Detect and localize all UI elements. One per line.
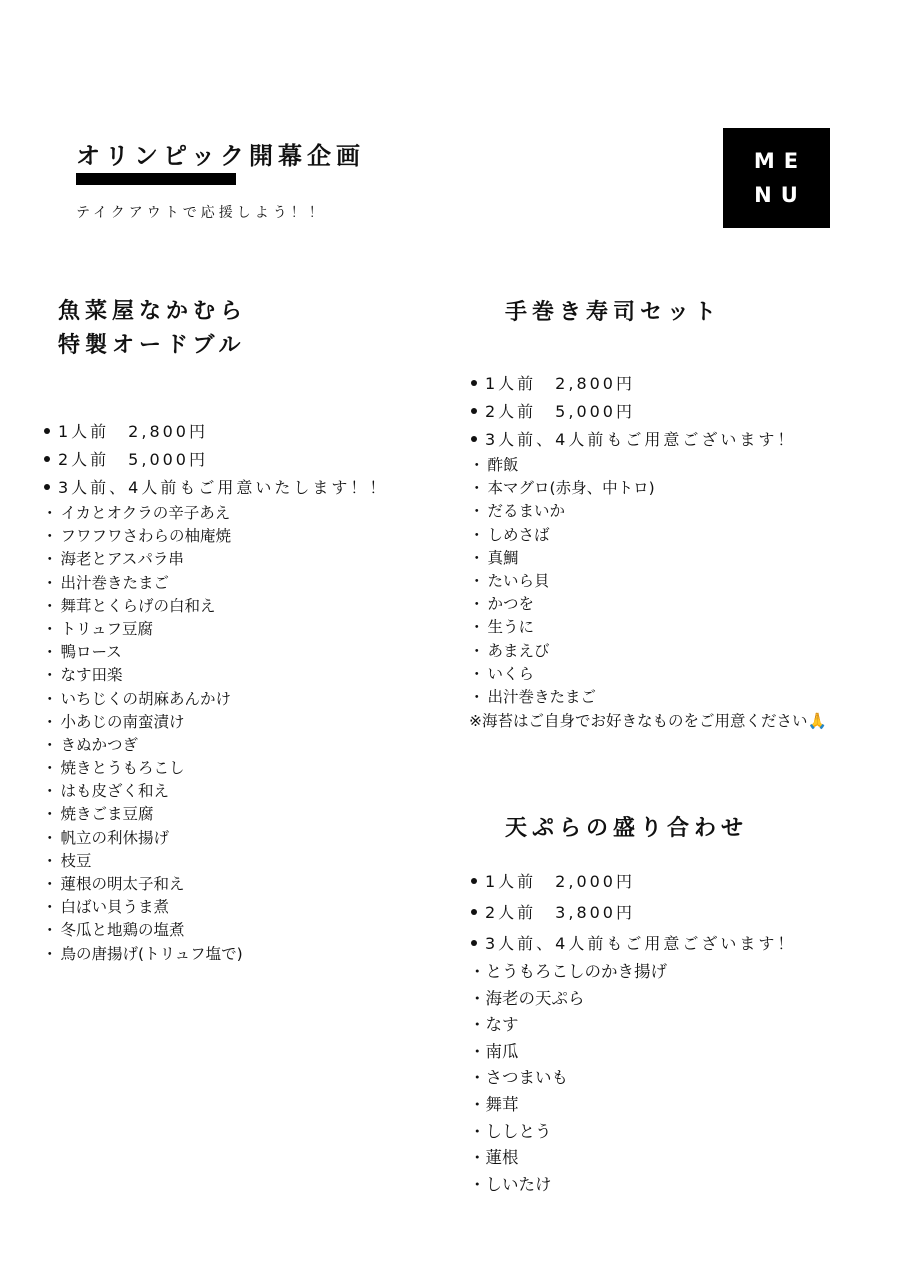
- bullet-dot-icon: [471, 408, 477, 414]
- bullet-icon: ・: [42, 713, 58, 731]
- temaki-title: 手巻き寿司セット: [505, 296, 721, 330]
- list-item: ・真鯛: [469, 547, 827, 570]
- list-item: ・だるまいか: [469, 500, 827, 523]
- bullet-icon: ・: [469, 1175, 486, 1194]
- list-item: ・海老とアスパラ串: [42, 548, 243, 571]
- list-item: ・海老の天ぷら: [469, 986, 667, 1013]
- bullet-icon: ・: [42, 504, 58, 522]
- bullet-icon: ・: [42, 921, 58, 939]
- page-title: オリンピック開幕企画: [76, 136, 365, 171]
- page-subtitle: テイクアウトで応援しよう！！: [76, 202, 327, 222]
- bullet-icon: ・: [42, 736, 58, 754]
- temaki-items: ・酢飯 ・本マグロ(赤身、中トロ) ・だるまいか ・しめさば ・真鯛 ・たいら貝…: [469, 454, 827, 733]
- bullet-dot-icon: [471, 436, 477, 442]
- bullet-icon: ・: [42, 805, 58, 823]
- price-text: 1人前 2,800円: [58, 422, 208, 441]
- seaweed-note: ※海苔はご自身でお好きなものをご用意ください🙏: [469, 709, 827, 733]
- bullet-dot-icon: [44, 428, 50, 434]
- bullet-icon: ・: [469, 642, 485, 660]
- list-item: ・しめさば: [469, 524, 827, 547]
- bullet-icon: ・: [469, 618, 485, 636]
- price-text: 2人前 5,000円: [485, 402, 635, 421]
- bullet-icon: ・: [42, 852, 58, 870]
- price-line: 2人前 5,000円: [471, 398, 796, 426]
- list-item: ・焼きとうもろこし: [42, 757, 243, 780]
- bullet-icon: ・: [42, 829, 58, 847]
- bullet-icon: ・: [469, 526, 485, 544]
- price-line: 3人前、4人前もご用意ございます！: [471, 928, 796, 959]
- list-item: ・トリュフ豆腐: [42, 618, 243, 641]
- price-text: 2人前 3,800円: [485, 903, 635, 922]
- hors-doeuvre-prices: 1人前 2,800円 2人前 5,000円 3人前、4人前もご用意いたします！！: [44, 418, 388, 502]
- list-item: ・焼きごま豆腐: [42, 803, 243, 826]
- price-text: 2人前 5,000円: [58, 450, 208, 469]
- price-line: 1人前 2,000円: [471, 866, 796, 897]
- list-item: ・なす: [469, 1012, 667, 1039]
- bullet-icon: ・: [469, 572, 485, 590]
- price-text: 1人前 2,800円: [485, 374, 635, 393]
- list-item: ・なす田楽: [42, 664, 243, 687]
- list-item: ・鴨ロース: [42, 641, 243, 664]
- bullet-icon: ・: [42, 550, 58, 568]
- menu-badge-line-1: ME: [754, 144, 807, 178]
- bullet-icon: ・: [469, 962, 486, 981]
- bullet-icon: ・: [42, 597, 58, 615]
- title-underline-bar: [76, 173, 236, 185]
- bullet-dot-icon: [44, 484, 50, 490]
- bullet-icon: ・: [42, 782, 58, 800]
- bullet-icon: ・: [469, 549, 485, 567]
- bullet-icon: ・: [42, 759, 58, 777]
- bullet-icon: ・: [469, 456, 485, 474]
- price-text: 3人前、4人前もご用意ございます！: [485, 934, 796, 953]
- price-line: 2人前 3,800円: [471, 897, 796, 928]
- tempura-prices: 1人前 2,000円 2人前 3,800円 3人前、4人前もご用意ございます！: [471, 866, 796, 959]
- list-item: ・舞茸とくらげの白和え: [42, 595, 243, 618]
- list-item: ・出汁巻きたまご: [469, 686, 827, 709]
- bullet-icon: ・: [469, 688, 485, 706]
- bullet-icon: ・: [469, 1095, 486, 1114]
- tempura-title: 天ぷらの盛り合わせ: [505, 812, 748, 846]
- bullet-dot-icon: [471, 878, 477, 884]
- bullet-dot-icon: [44, 456, 50, 462]
- list-item: ・生うに: [469, 616, 827, 639]
- menu-badge: ME NU: [723, 128, 830, 228]
- list-item: ・イカとオクラの辛子あえ: [42, 502, 243, 525]
- list-item: ・はも皮ざく和え: [42, 780, 243, 803]
- praying-hands-icon: 🙏: [808, 712, 827, 730]
- bullet-icon: ・: [469, 1015, 486, 1034]
- list-item: ・南瓜: [469, 1039, 667, 1066]
- bullet-icon: ・: [469, 479, 485, 497]
- list-item: ・蓮根の明太子和え: [42, 873, 243, 896]
- list-item: ・さつまいも: [469, 1065, 667, 1092]
- hors-doeuvre-title-line-1: 魚菜屋なかむら: [58, 295, 247, 329]
- list-item: ・かつを: [469, 593, 827, 616]
- price-line: 1人前 2,800円: [471, 370, 796, 398]
- bullet-dot-icon: [471, 909, 477, 915]
- bullet-icon: ・: [42, 620, 58, 638]
- bullet-icon: ・: [42, 690, 58, 708]
- list-item: ・たいら貝: [469, 570, 827, 593]
- list-item: ・フワフワさわらの柚庵焼: [42, 525, 243, 548]
- list-item: ・小あじの南蛮漬け: [42, 711, 243, 734]
- list-item: ・きぬかつぎ: [42, 734, 243, 757]
- bullet-icon: ・: [42, 666, 58, 684]
- list-item: ・しいたけ: [469, 1172, 667, 1199]
- bullet-icon: ・: [469, 1042, 486, 1061]
- list-item: ・出汁巻きたまご: [42, 572, 243, 595]
- bullet-icon: ・: [42, 945, 58, 963]
- list-item: ・酢飯: [469, 454, 827, 477]
- list-item: ・枝豆: [42, 850, 243, 873]
- menu-badge-line-2: NU: [754, 178, 807, 212]
- list-item: ・本マグロ(赤身、中トロ): [469, 477, 827, 500]
- bullet-icon: ・: [42, 875, 58, 893]
- list-item: ・あまえび: [469, 640, 827, 663]
- bullet-icon: ・: [42, 898, 58, 916]
- bullet-icon: ・: [42, 643, 58, 661]
- price-line: 1人前 2,800円: [44, 418, 388, 446]
- bullet-icon: ・: [469, 502, 485, 520]
- hors-doeuvre-title-line-2: 特製オードブル: [58, 329, 247, 363]
- list-item: ・いくら: [469, 663, 827, 686]
- list-item: ・舞茸: [469, 1092, 667, 1119]
- hors-doeuvre-items: ・イカとオクラの辛子あえ ・フワフワさわらの柚庵焼 ・海老とアスパラ串 ・出汁巻…: [42, 502, 243, 966]
- bullet-dot-icon: [471, 940, 477, 946]
- list-item: ・蓮根: [469, 1145, 667, 1172]
- bullet-icon: ・: [469, 1068, 486, 1087]
- hors-doeuvre-title: 魚菜屋なかむら 特製オードブル: [58, 295, 247, 363]
- price-text: 3人前、4人前もご用意いたします！！: [58, 478, 388, 497]
- temaki-prices: 1人前 2,800円 2人前 5,000円 3人前、4人前もご用意ございます！: [471, 370, 796, 454]
- price-text: 1人前 2,000円: [485, 872, 635, 891]
- price-line: 3人前、4人前もご用意いたします！！: [44, 474, 388, 502]
- list-item: ・帆立の利休揚げ: [42, 827, 243, 850]
- bullet-icon: ・: [42, 574, 58, 592]
- list-item: ・いちじくの胡麻あんかけ: [42, 688, 243, 711]
- list-item: ・鳥の唐揚げ(トリュフ塩で): [42, 943, 243, 966]
- list-item: ・冬瓜と地鶏の塩煮: [42, 919, 243, 942]
- bullet-icon: ・: [469, 1122, 486, 1141]
- bullet-icon: ・: [469, 595, 485, 613]
- bullet-icon: ・: [42, 527, 58, 545]
- bullet-dot-icon: [471, 380, 477, 386]
- price-line: 3人前、4人前もご用意ございます！: [471, 426, 796, 454]
- price-line: 2人前 5,000円: [44, 446, 388, 474]
- bullet-icon: ・: [469, 1148, 486, 1167]
- bullet-icon: ・: [469, 989, 486, 1008]
- bullet-icon: ・: [469, 665, 485, 683]
- list-item: ・白ばい貝うま煮: [42, 896, 243, 919]
- price-text: 3人前、4人前もご用意ございます！: [485, 430, 796, 449]
- list-item: ・とうもろこしのかき揚げ: [469, 959, 667, 986]
- tempura-items: ・とうもろこしのかき揚げ ・海老の天ぷら ・なす ・南瓜 ・さつまいも ・舞茸 …: [469, 959, 667, 1198]
- list-item: ・ししとう: [469, 1119, 667, 1146]
